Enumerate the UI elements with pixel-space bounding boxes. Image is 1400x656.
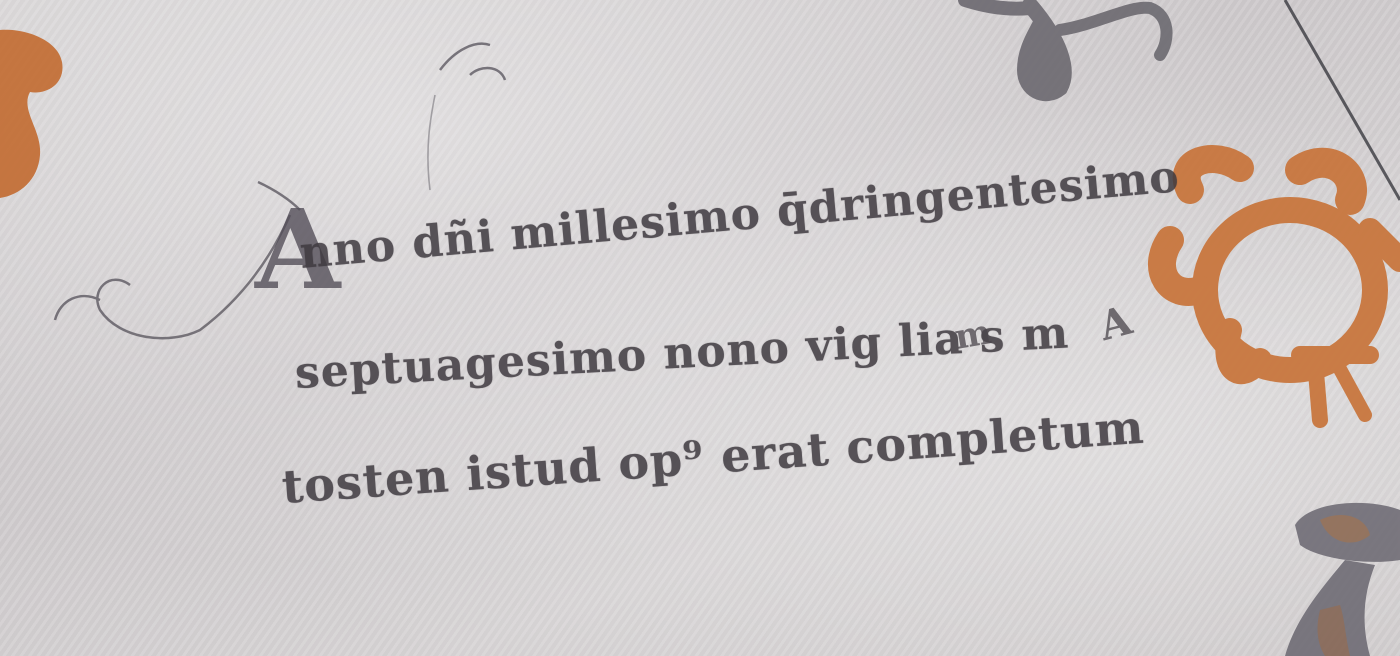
marginal-mark-1: m <box>952 312 994 358</box>
inscription-line-3: tosten istud op⁹ erat completum <box>280 400 1146 514</box>
inscription-line-1: nno dñi millesimo q̄dringentesimo <box>298 151 1182 279</box>
marginal-mark-2: A <box>1094 297 1136 350</box>
inscription: A nno dñi millesimo q̄dringentesimo sept… <box>0 0 1400 656</box>
